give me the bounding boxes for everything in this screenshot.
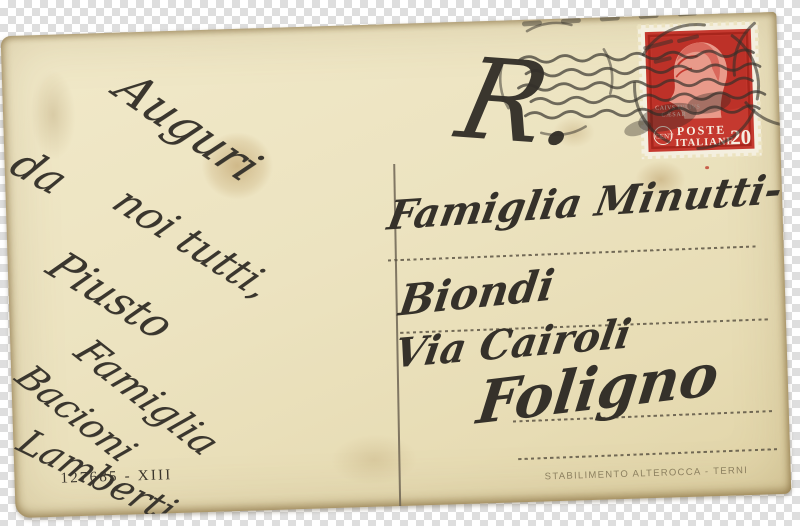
message-line: Piusto <box>39 246 183 345</box>
address-line: Biondi <box>396 264 557 323</box>
address-initial: R. <box>449 43 593 162</box>
ink-speck <box>705 166 709 169</box>
message-line: Auguri <box>106 66 271 188</box>
stamp-value: 20 <box>730 125 752 150</box>
address-dotted-line <box>518 448 778 460</box>
postcard: Auguri da noi tutti, Piusto Famiglia Bac… <box>1 12 792 518</box>
address-dotted-line <box>388 245 758 261</box>
stamp-issuer: ITALIANE <box>675 136 734 149</box>
paper-stain <box>313 423 435 497</box>
stamp-cent-label: CENT <box>655 132 674 141</box>
stamp-inscription: CÆSAR <box>661 112 686 119</box>
message-line: da <box>2 143 75 200</box>
address-line: Famiglia Minutti- <box>385 170 786 237</box>
serial-number: 127685 - XIII <box>60 467 172 488</box>
transparency-checkerboard: Auguri da noi tutti, Piusto Famiglia Bac… <box>0 0 800 526</box>
printer-imprint: STABILIMENTO ALTEROCCA - TERNI <box>545 465 749 482</box>
postage-stamp: CAIVS IVLIVS CÆSAR CENT POSTE ITALIANE 2… <box>637 20 763 160</box>
